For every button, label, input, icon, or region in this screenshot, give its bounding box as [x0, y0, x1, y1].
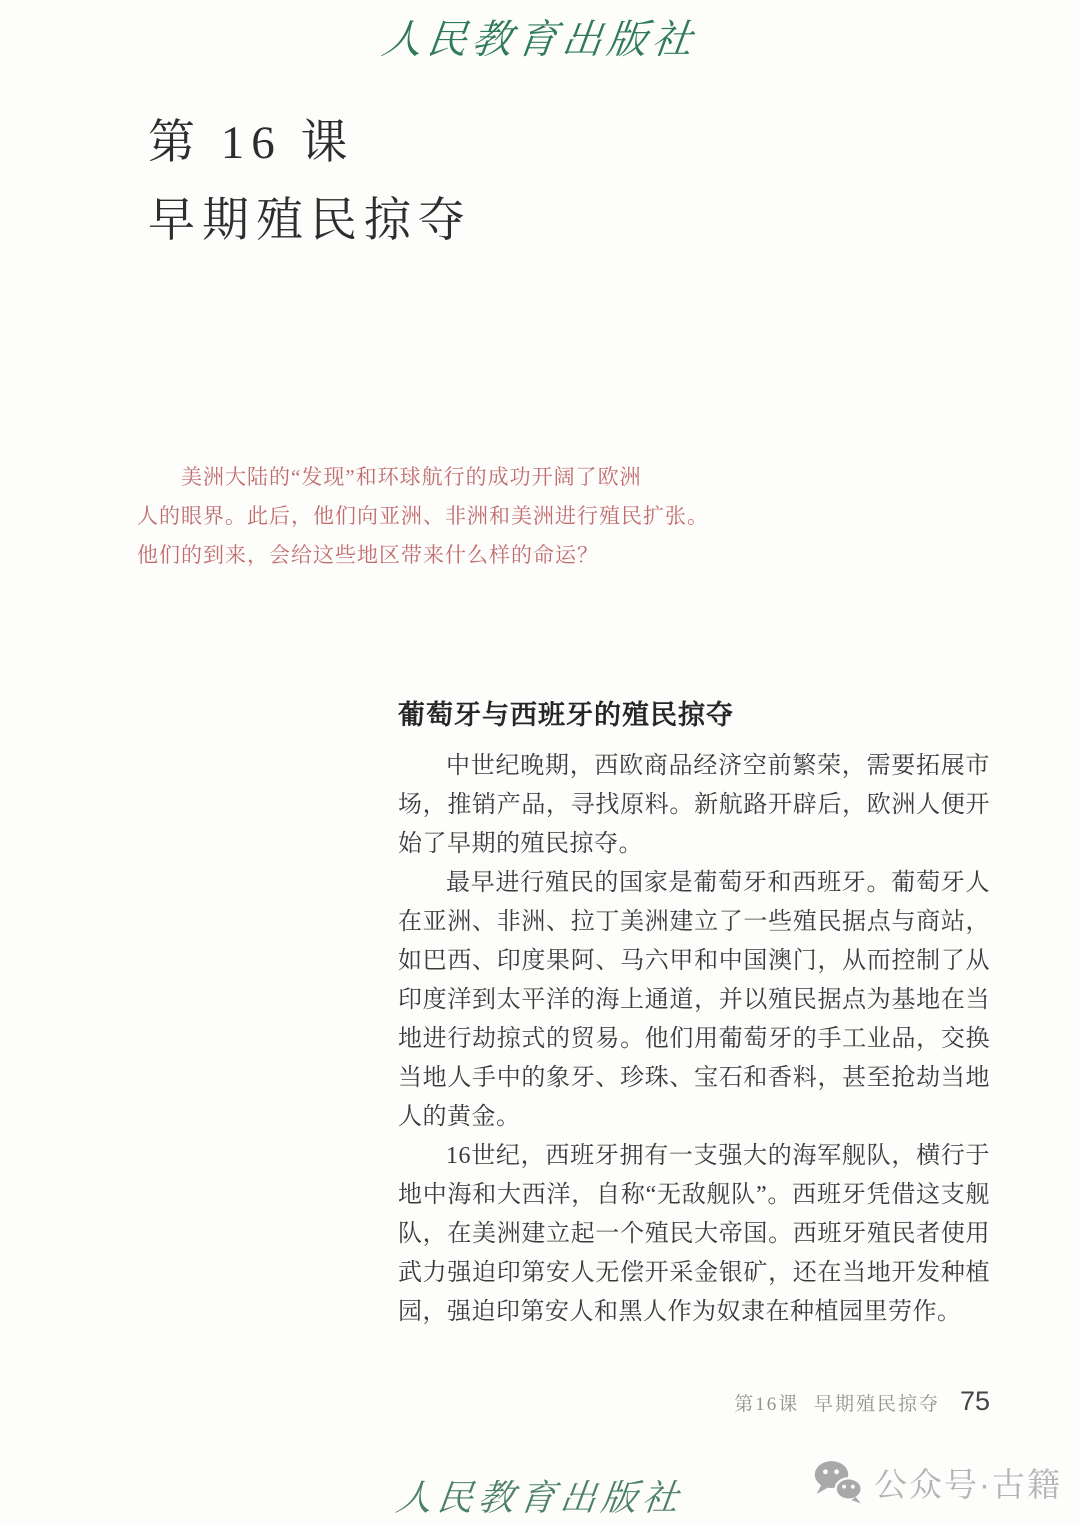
body-paragraph-1: 中世纪晚期，西欧商品经济空前繁荣，需要拓展市场，推销产品，寻找原料。新航路开辟后… [398, 747, 990, 864]
lesson-intro: 美洲大陆的“发现”和环球航行的成功开阔了欧洲 人的眼界。此后，他们向亚洲、非洲和… [137, 458, 717, 575]
main-text-column: 葡萄牙与西班牙的殖民掠夺 中世纪晚期，西欧商品经济空前繁荣，需要拓展市场，推销产… [398, 698, 990, 1332]
wechat-icon [812, 1458, 864, 1506]
lesson-number: 第 16 课 [148, 104, 472, 182]
running-title: 第16课 早期殖民掠夺 [734, 1389, 940, 1416]
wechat-watermark: 公众号·古籍 [812, 1458, 1062, 1506]
page-number: 75 [960, 1386, 990, 1417]
body-paragraph-3: 16世纪，西班牙拥有一支强大的海军舰队，横行于地中海和大西洋，自称“无敌舰队”。… [398, 1137, 990, 1332]
intro-line-1: 美洲大陆的“发现”和环球航行的成功开阔了欧洲 [137, 458, 717, 497]
publisher-logo-top: 人民教育出版社 [0, 8, 1080, 65]
page-footer: 第16课 早期殖民掠夺 75 [734, 1386, 990, 1417]
watermark-text: 公众号·古籍 [874, 1459, 1062, 1506]
body-paragraph-2: 最早进行殖民的国家是葡萄牙和西班牙。葡萄牙人在亚洲、非洲、拉丁美洲建立了一些殖民… [398, 864, 990, 1137]
intro-line-3: 他们的到来，会给这些地区带来什么样的命运？ [137, 536, 717, 575]
textbook-page: 人民教育出版社 第 16 课 早期殖民掠夺 美洲大陆的“发现”和环球航行的成功开… [0, 0, 1080, 1526]
lesson-title: 早期殖民掠夺 [148, 182, 472, 260]
section-heading: 葡萄牙与西班牙的殖民掠夺 [398, 698, 990, 732]
lesson-title-block: 第 16 课 早期殖民掠夺 [148, 104, 472, 260]
intro-line-2: 人的眼界。此后，他们向亚洲、非洲和美洲进行殖民扩张。 [137, 497, 717, 536]
